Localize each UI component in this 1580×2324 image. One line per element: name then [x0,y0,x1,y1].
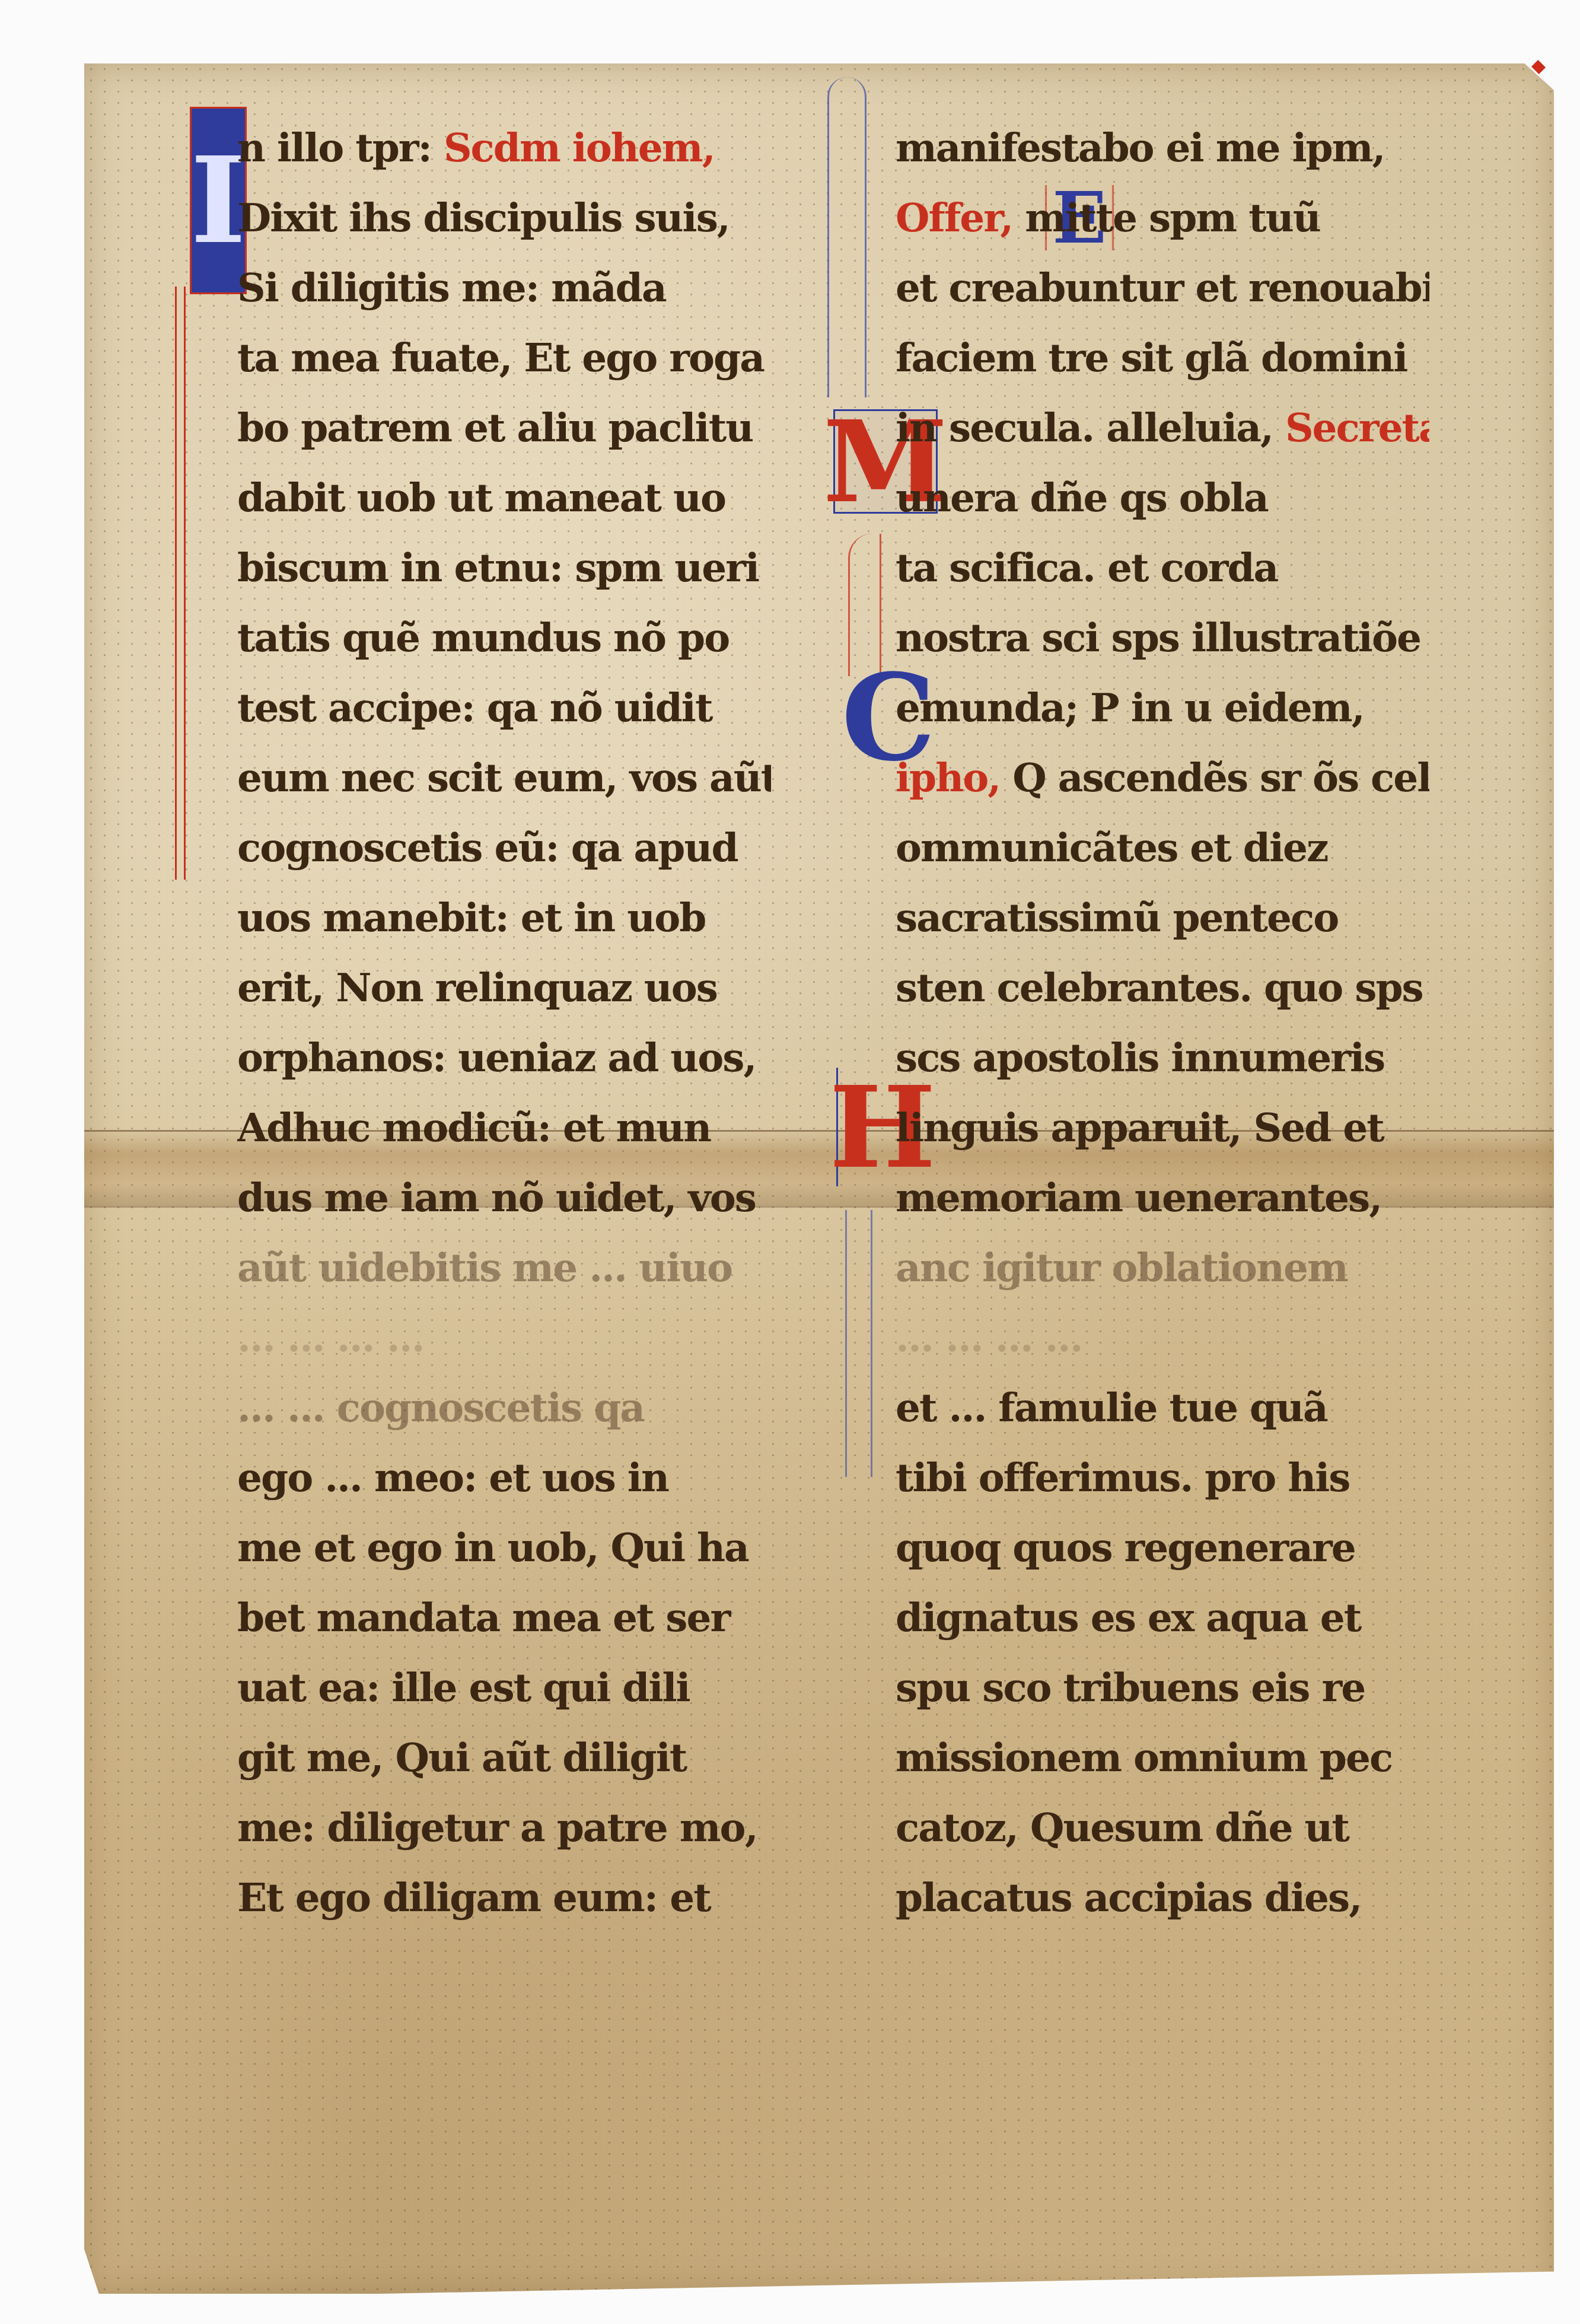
text-line: test accipe: qa nõ uidit [237,673,771,743]
left-text-column: n illo tpr: Scdm iohem,Dixit ihs discipu… [237,113,771,1933]
text-line: unera dñe qs obla [896,463,1429,533]
rubric-text: Secreta, [1285,405,1429,451]
rubric-text: Offer, [896,195,1025,241]
rubric-text: Scdm iohem, [444,125,715,171]
right-text-column: manifestabo ei me ipm,Offer, mitte spm t… [896,113,1429,1933]
text-line: uat ea: ille est qui dili [237,1653,771,1723]
text-line: me: diligetur a patre mo, [237,1793,771,1863]
text-line: ta mea fuate, Et ego roga [237,323,771,393]
text-line: ommunicãtes et diez [896,813,1429,883]
text-line: ta scifica. et corda [896,533,1429,603]
body-text: uat ea: ille est qui dili [237,1664,690,1711]
text-line: dus me iam nõ uidet, vos [237,1163,771,1233]
text-line: tibi offerimus. pro his [896,1443,1429,1513]
body-text: tatis quẽ mundus nõ po [237,615,729,661]
text-line: ipho, Q ascendẽs sr õs celos, [896,743,1429,813]
body-text: sten celebrantes. quo sps [896,964,1423,1011]
text-line: faciem tre sit glã domini [896,323,1429,393]
blue-pen-flourish-lower [845,1210,872,1477]
text-line: spu sco tribuens eis re [896,1653,1429,1723]
body-text: ego ... meo: et uos in [237,1454,668,1501]
text-line: Et ego diligam eum: et [237,1863,771,1933]
text-line: Dixit ihs discipulis suis, [237,183,771,253]
body-text: et creabuntur et renouabis [896,265,1429,311]
body-text: linguis apparuit, Sed et [896,1104,1384,1151]
text-line: cognoscetis eũ: qa apud [237,813,771,883]
text-line: scs apostolis innumeris [896,1023,1429,1093]
text-line: nostra sci sps illustratiõe [896,603,1429,673]
text-line: dabit uob ut maneat uo [237,463,771,533]
text-line: et ... famulie tue quã [896,1373,1429,1443]
text-line: manifestabo ei me ipm, [896,113,1429,183]
body-text: tibi offerimus. pro his [896,1454,1349,1501]
text-line: quoq quos regenerare [896,1513,1429,1583]
text-line: missionem omnium pec [896,1723,1429,1793]
body-text: eum nec scit eum, vos aũt [237,754,771,801]
body-text: biscum in etnu: spm ueri [237,545,759,591]
body-text: ta mea fuate, Et ego roga [237,335,764,381]
text-line: aũt uidebitis me ... uiuo [237,1233,771,1303]
body-text: git me, Qui aũt diligit [237,1734,686,1781]
text-line: n illo tpr: Scdm iohem, [237,113,771,183]
body-text: manifestabo ei me ipm, [896,125,1384,171]
body-text: spu sco tribuens eis re [896,1664,1365,1711]
text-line: erit, Non relinquaz uos [237,953,771,1023]
body-text: in secula. alleluia, [896,405,1285,451]
body-text: cognoscetis eũ: qa apud [237,824,738,871]
body-text: test accipe: qa nõ uidit [237,685,712,731]
body-text: catoz, Quesum dñe ut [896,1804,1349,1851]
text-line: sten celebrantes. quo sps [896,953,1429,1023]
text-line: linguis apparuit, Sed et [896,1093,1429,1163]
body-text: quoq quos regenerare [896,1524,1355,1571]
text-line: memoriam uenerantes, [896,1163,1429,1233]
body-text: missionem omnium pec [896,1734,1392,1781]
body-text: dus me iam nõ uidet, vos [237,1174,756,1221]
body-text: unera dñe qs obla [896,475,1268,521]
body-text: Dixit ihs discipulis suis, [237,195,730,241]
text-line: tatis quẽ mundus nõ po [237,603,771,673]
body-text: me: diligetur a patre mo, [237,1804,757,1851]
body-text: placatus accipias dies, [896,1874,1361,1921]
body-text: Q ascendẽs sr õs celos, [1012,754,1429,801]
text-line: placatus accipias dies, [896,1863,1429,1933]
body-text: bo patrem et aliu paclitu [237,405,753,451]
text-line: uos manebit: et in uob [237,883,771,953]
body-text: memoriam uenerantes, [896,1174,1381,1221]
text-line: ... ... ... ... [237,1303,771,1373]
body-text: ta scifica. et corda [896,545,1278,591]
body-text: erit, Non relinquaz uos [237,964,717,1011]
body-text: mitte spm tuũ [1025,195,1320,241]
text-line: me et ego in uob, Qui ha [237,1513,771,1583]
text-line: bo patrem et aliu paclitu [237,393,771,463]
text-line: ... ... cognoscetis qa [237,1373,771,1443]
text-line: emunda; P in u eidem, [896,673,1429,743]
body-text: n illo tpr: [237,125,444,171]
body-text: ommunicãtes et diez [896,824,1327,871]
body-text: faciem tre sit glã domini [896,335,1407,381]
body-text: scs apostolis innumeris [896,1034,1384,1081]
text-line: anc igitur oblationem [896,1233,1429,1303]
text-line: Adhuc modicũ: et mun [237,1093,771,1163]
text-line: ... ... ... ... [896,1303,1429,1373]
text-line: dignatus es ex aqua et [896,1583,1429,1653]
text-line: eum nec scit eum, vos aũt [237,743,771,813]
text-line: ego ... meo: et uos in [237,1443,771,1513]
body-text: ... ... cognoscetis qa [237,1384,644,1431]
text-line: Offer, mitte spm tuũ [896,183,1429,253]
text-line: sacratissimũ penteco [896,883,1429,953]
body-text: ... ... ... ... [237,1314,424,1361]
text-line: catoz, Quesum dñe ut [896,1793,1429,1863]
text-line: et creabuntur et renouabis [896,253,1429,323]
text-line: Si diligitis me: mãda [237,253,771,323]
blue-pen-flourish [827,77,867,397]
body-text: nostra sci sps illustratiõe [896,615,1420,661]
text-line: in secula. alleluia, Secreta, [896,393,1429,463]
body-text: emunda; P in u eidem, [896,685,1364,731]
body-text: ... ... ... ... [896,1314,1082,1361]
rubric-text: ipho, [896,754,1012,801]
body-text: me et ego in uob, Qui ha [237,1524,748,1571]
body-text: et ... famulie tue quã [896,1384,1327,1431]
body-text: Et ego diligam eum: et [237,1874,711,1921]
text-line: biscum in etnu: spm ueri [237,533,771,603]
body-text: Adhuc modicũ: et mun [237,1104,711,1151]
body-text: uos manebit: et in uob [237,894,705,941]
body-text: aũt uidebitis me ... uiuo [237,1244,732,1291]
text-line: git me, Qui aũt diligit [237,1723,771,1793]
body-text: dignatus es ex aqua et [896,1594,1361,1641]
body-text: sacratissimũ penteco [896,894,1338,941]
body-text: anc igitur oblationem [896,1244,1348,1291]
text-line: bet mandata mea et ser [237,1583,771,1653]
body-text: dabit uob ut maneat uo [237,475,725,521]
body-text: orphanos: ueniaz ad uos, [237,1034,756,1081]
text-line: orphanos: ueniaz ad uos, [237,1023,771,1093]
body-text: bet mandata mea et ser [237,1594,730,1641]
body-text: Si diligitis me: mãda [237,265,666,311]
